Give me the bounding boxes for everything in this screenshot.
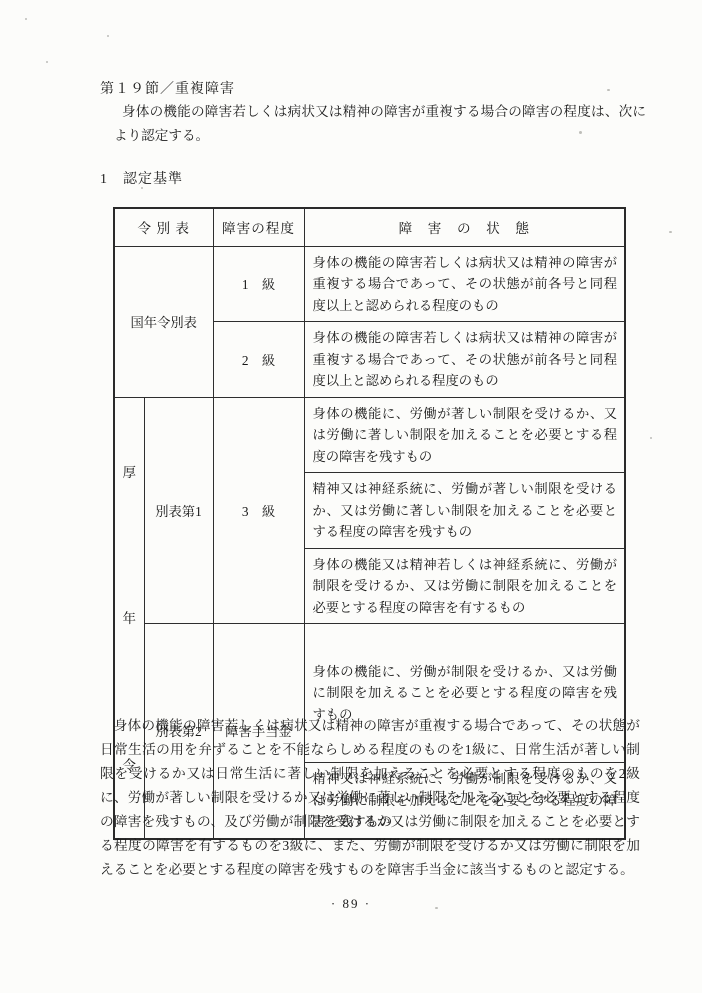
cell-grade2-label: 2 級 [213,322,304,398]
page-number: · 89 · [0,896,702,912]
cell-grade1-label: 1 級 [213,246,304,322]
closing-paragraph: 身体の機能の障害若しくは病状又は精神の障害が重複する場合であって、その状態が日常… [100,714,640,882]
header-cell-rei-beppyo: 令 別 表 [114,208,213,246]
konen-char: 厚 [123,461,137,481]
konen-char: 年 [123,607,137,627]
header-cell-shogai-no-teido: 障害の程度 [213,208,304,246]
intro-paragraph: 身体の機能の障害若しくは病状又は精神の障害が重複する場合の障害の程度は、次により… [114,100,646,148]
section-title: 第１９節／重複障害 [100,78,235,98]
table-row: 厚 年 令 別表第1 3 級 身体の機能に、労働が著しい制限を受けるか、又は労働… [114,397,625,473]
scan-speck [607,89,610,91]
table-header-row: 令 別 表 障害の程度 障 害 の 状 態 [114,208,625,246]
scan-speck [46,61,48,63]
criteria-heading: 1 認定基準 [100,168,183,188]
cell-grade2-state: 身体の機能の障害若しくは病状又は精神の障害が重複する場合であって、その状態が前各… [304,322,625,398]
cell-kokunen-label: 国年令別表 [114,246,213,397]
cell-grade1-state: 身体の機能の障害若しくは病状又は精神の障害が重複する場合であって、その状態が前各… [304,246,625,322]
cell-grade3-state-2: 精神又は神経系統に、労働が著しい制限を受けるか、又は労働に著しい制限を加えること… [304,473,625,549]
scan-speck [25,18,27,20]
scan-speck [141,187,143,189]
scan-speck [107,35,109,37]
cell-grade3-state-1: 身体の機能に、労働が著しい制限を受けるか、又は労働に著しい制限を加えることを必要… [304,397,625,473]
scan-speck [579,131,582,134]
cell-grade3-label: 3 級 [213,397,304,624]
document-page: 第１９節／重複障害 身体の機能の障害若しくは病状又は精神の障害が重複する場合の障… [0,0,702,993]
header-cell-shogai-no-jotai: 障 害 の 状 態 [304,208,625,246]
scan-speck [669,231,672,233]
cell-grade3-state-3: 身体の機能又は精神若しくは神経系統に、労働が制限を受けるか、又は労働に制限を加え… [304,548,625,624]
scan-speck [650,437,652,439]
scan-speck [435,907,438,909]
table-row: 国年令別表 1 級 身体の機能の障害若しくは病状又は精神の障害が重複する場合であ… [114,246,625,322]
cell-beppyo1-label: 別表第1 [144,397,213,624]
